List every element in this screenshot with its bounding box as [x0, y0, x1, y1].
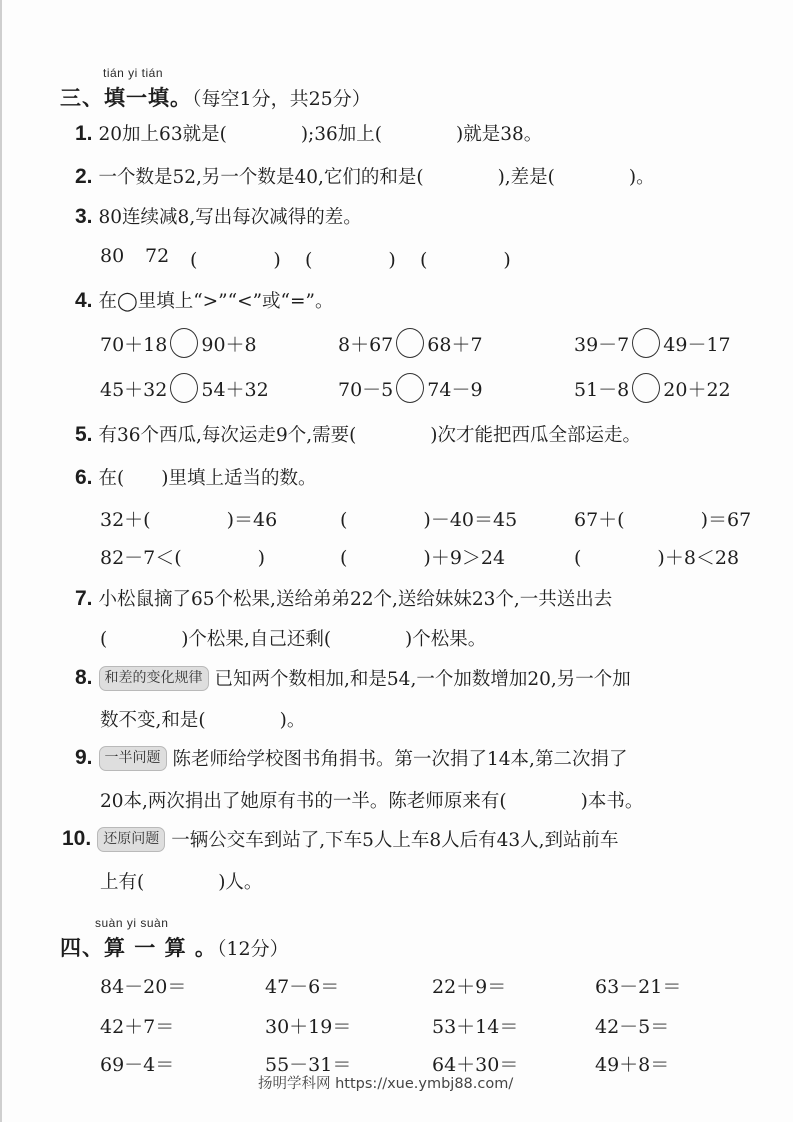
fill-item[interactable]: 32＋( )＝46	[100, 505, 277, 532]
calc-item[interactable]: 84－20＝	[100, 972, 186, 999]
question-text: 20加上63就是( );36加上( )就是38。	[99, 120, 543, 146]
calc-item[interactable]: 69－4＝	[100, 1050, 174, 1077]
question-1: 1. 20加上63就是( );36加上( )就是38。	[75, 120, 542, 146]
compare-right: 20＋22	[663, 375, 730, 402]
section4-title: 四、算 一 算 。（12分）	[60, 932, 289, 962]
question-number: 10.	[62, 827, 91, 851]
compare-item: 8＋6768＋7	[338, 328, 483, 358]
topic-tag: 一半问题	[99, 746, 167, 771]
calc-item[interactable]: 22＋9＝	[432, 972, 506, 999]
compare-left: 70－5	[338, 375, 393, 402]
compare-right: 68＋7	[427, 330, 482, 357]
compare-circle[interactable]	[632, 373, 660, 403]
compare-circle[interactable]	[396, 373, 424, 403]
sequence-blank[interactable]: ( )	[190, 245, 305, 272]
question-10: 10. 还原问题 一辆公交车到站了,下车5人上车8人后有43人,到站前车	[62, 826, 619, 852]
compare-item: 51－820＋22	[574, 373, 731, 403]
calc-item[interactable]: 30＋19＝	[265, 1012, 351, 1039]
question-number: 1.	[75, 122, 93, 146]
question-8: 8. 和差的变化规律 已知两个数相加,和是54,一个加数增加20,另一个加	[75, 665, 631, 691]
calc-item[interactable]: 42－5＝	[595, 1012, 669, 1039]
section3-title-text: 三、填一填。	[60, 86, 192, 110]
compare-circle[interactable]	[170, 373, 198, 403]
compare-item: 45＋3254＋32	[100, 373, 269, 403]
question-5: 5. 有36个西瓜,每次运走9个,需要( )次才能把西瓜全部运走。	[75, 421, 641, 447]
calc-item[interactable]: 47－6＝	[265, 972, 339, 999]
calc-item[interactable]: 42＋7＝	[100, 1012, 174, 1039]
topic-tag: 和差的变化规律	[99, 666, 209, 691]
section4-title-text: 四、算 一 算 。	[60, 936, 217, 960]
topic-tag: 还原问题	[97, 827, 165, 852]
question-text: 有36个西瓜,每次运走9个,需要( )次才能把西瓜全部运走。	[99, 421, 642, 447]
question-number: 2.	[75, 165, 93, 189]
compare-right: 54＋32	[201, 375, 268, 402]
calc-item[interactable]: 49＋8＝	[595, 1050, 669, 1077]
compare-left: 39－7	[574, 330, 629, 357]
sequence-blank[interactable]: ( )	[305, 245, 420, 272]
compare-right: 90＋8	[201, 330, 256, 357]
section4-pinyin: suàn yi suàn	[95, 916, 168, 930]
sequence-blank[interactable]: ( )	[420, 245, 535, 272]
fill-item[interactable]: ( )＋8＜28	[574, 543, 739, 570]
question-text: 在( )里填上适当的数。	[99, 464, 317, 490]
question-number: 3.	[75, 205, 93, 229]
fill-item[interactable]: 82－7＜( )	[100, 543, 265, 570]
fill-item[interactable]: ( )－40＝45	[340, 505, 517, 532]
sequence-item: 72	[145, 245, 190, 272]
question-text: 已知两个数相加,和是54,一个加数增加20,另一个加	[215, 665, 631, 691]
section4-score-note: （12分）	[217, 938, 289, 960]
compare-left: 51－8	[574, 375, 629, 402]
question-number: 8.	[75, 666, 93, 690]
compare-item: 70＋1890＋8	[100, 328, 257, 358]
sequence-row: 80 72 ( ) ( ) ( )	[100, 245, 535, 272]
question-10-line-2: 上有( )人。	[100, 868, 262, 894]
section3-score-note: （每空1分，共25分）	[192, 88, 371, 110]
question-number: 6.	[75, 466, 93, 490]
compare-left: 8＋67	[338, 330, 393, 357]
compare-circle[interactable]	[396, 328, 424, 358]
compare-right: 74－9	[427, 375, 482, 402]
footer-watermark: 扬明学科网 https://xue.ymbj88.com/	[258, 1072, 513, 1093]
section3-pinyin: tián yi tián	[103, 66, 163, 80]
compare-circle[interactable]	[632, 328, 660, 358]
question-text: 陈老师给学校图书角捐书。第一次捐了14本,第二次捐了	[173, 745, 628, 771]
fill-item[interactable]: 67＋( )＝67	[574, 505, 751, 532]
question-text: 80连续减8,写出每次减得的差。	[99, 203, 362, 229]
question-9-line-2: 20本,两次捐出了她原有书的一半。陈老师原来有( )本书。	[100, 787, 643, 813]
question-number: 5.	[75, 423, 93, 447]
compare-right: 49－17	[663, 330, 730, 357]
question-text: 小松鼠摘了65个松果,送给弟弟22个,送给妹妹23个,一共送出去	[99, 585, 613, 611]
compare-item: 39－749－17	[574, 328, 731, 358]
question-number: 4.	[75, 289, 93, 313]
question-3: 3. 80连续减8,写出每次减得的差。	[75, 203, 362, 229]
compare-circle[interactable]	[170, 328, 198, 358]
compare-left: 70＋18	[100, 330, 167, 357]
question-9: 9. 一半问题 陈老师给学校图书角捐书。第一次捐了14本,第二次捐了	[75, 745, 627, 771]
calc-item[interactable]: 63－21＝	[595, 972, 681, 999]
fill-item[interactable]: ( )＋9＞24	[340, 543, 505, 570]
question-number: 9.	[75, 746, 93, 770]
question-number: 7.	[75, 587, 93, 611]
question-7: 7. 小松鼠摘了65个松果,送给弟弟22个,送给妹妹23个,一共送出去	[75, 585, 612, 611]
question-2: 2. 一个数是52,另一个数是40,它们的和是( ),差是( )。	[75, 163, 655, 189]
sequence-item: 80	[100, 245, 145, 272]
question-6: 6. 在( )里填上适当的数。	[75, 464, 316, 490]
question-text: 一辆公交车到站了,下车5人上车8人后有43人,到站前车	[171, 826, 618, 852]
question-text: 一个数是52,另一个数是40,它们的和是( ),差是( )。	[99, 163, 655, 189]
question-4: 4. 在◯里填上“>”“<”或“=”。	[75, 287, 333, 313]
question-8-line-2: 数不变,和是( )。	[100, 706, 305, 732]
section3-title: 三、填一填。（每空1分，共25分）	[60, 82, 371, 112]
compare-item: 70－574－9	[338, 373, 483, 403]
compare-left: 45＋32	[100, 375, 167, 402]
question-text: 在◯里填上“>”“<”或“=”。	[99, 287, 334, 313]
page-edge	[0, 0, 2, 1122]
question-7-line-2: ( )个松果,自己还剩( )个松果。	[100, 625, 486, 651]
calc-item[interactable]: 53＋14＝	[432, 1012, 518, 1039]
